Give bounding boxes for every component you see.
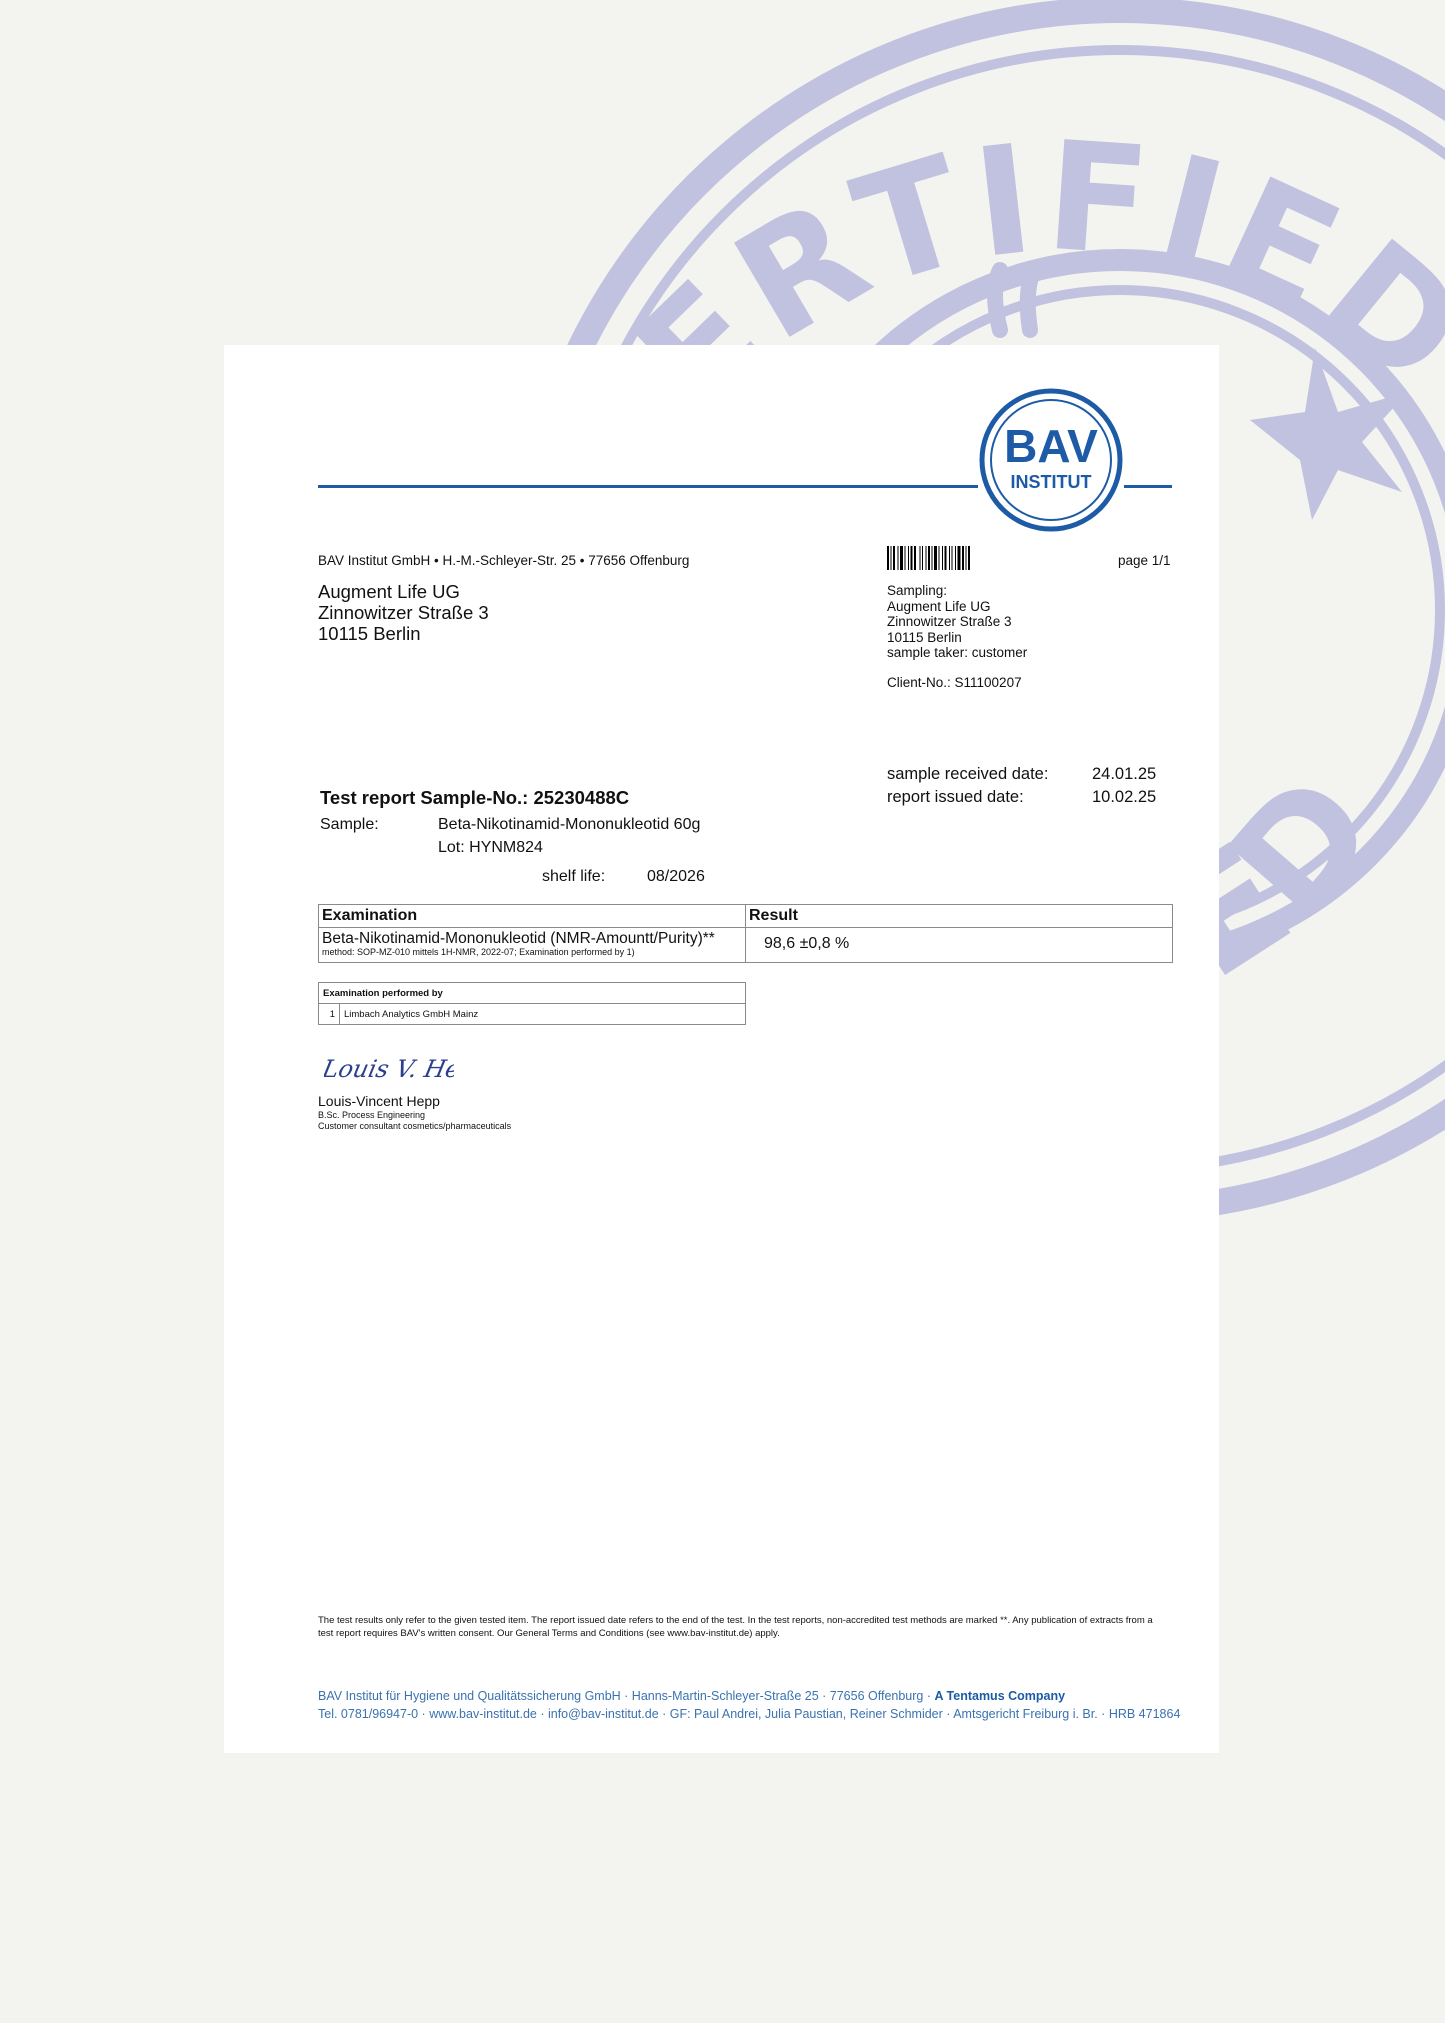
- shelf-life-value: 08/2026: [647, 868, 705, 885]
- sampling-name: Augment Life UG: [887, 599, 1027, 615]
- table-header-row: Examination performed by: [319, 983, 746, 1004]
- issued-date-label: report issued date:: [887, 786, 1092, 809]
- star-icon: [1250, 348, 1408, 520]
- sampling-info: Sampling: Augment Life UG Zinnowitzer St…: [887, 583, 1027, 661]
- header-rule-left: [318, 485, 978, 488]
- report-title: Test report Sample-No.: 25230488C: [320, 787, 629, 809]
- result-value: 98,6 ±0,8 %: [746, 928, 1173, 963]
- signer-details: B.Sc. Process Engineering Customer consu…: [318, 1110, 511, 1132]
- footer-line-1: BAV Institut für Hygiene und Qualitätssi…: [318, 1689, 935, 1703]
- sample-info: Sample:Beta-Nikotinamid-Mononukleotid 60…: [320, 813, 700, 859]
- svg-text:BAV: BAV: [1004, 420, 1098, 472]
- signer-role: Customer consultant cosmetics/pharmaceut…: [318, 1121, 511, 1132]
- shelf-life: shelf life:08/2026: [542, 868, 705, 886]
- bav-institut-logo: BAV INSTITUT: [978, 387, 1124, 533]
- disclaimer-text: The test results only refer to the given…: [318, 1615, 1168, 1640]
- test-report-page: BAV INSTITUT BAV Institut GmbH • H.-M.-S…: [224, 345, 1219, 1753]
- shelf-life-label: shelf life:: [542, 868, 647, 886]
- column-header-examination: Examination: [319, 905, 746, 928]
- signer-degree: B.Sc. Process Engineering: [318, 1110, 511, 1121]
- report-dates: sample received date:24.01.25 report iss…: [887, 763, 1155, 809]
- received-date-label: sample received date:: [887, 763, 1092, 786]
- lab-number: 1: [319, 1004, 340, 1025]
- performed-by-header: Examination performed by: [319, 983, 746, 1004]
- examination-cell: Beta-Nikotinamid-Mononukleotid (NMR-Amou…: [319, 928, 746, 963]
- recipient-city: 10115 Berlin: [318, 623, 489, 644]
- performed-by-table: Examination performed by 1 Limbach Analy…: [318, 982, 746, 1025]
- sampling-street: Zinnowitzer Straße 3: [887, 614, 1027, 630]
- footer-line-2: Tel. 0781/96947-0 · www.bav-institut.de …: [318, 1705, 1180, 1723]
- lab-name: Limbach Analytics GmbH Mainz: [340, 1004, 746, 1025]
- signature-image: Louis V. Hepp: [324, 1045, 454, 1087]
- svg-text:Louis V. Hepp: Louis V. Hepp: [324, 1054, 454, 1083]
- lot-number: Lot: HYNM824: [438, 839, 543, 856]
- column-header-result: Result: [746, 905, 1173, 928]
- examination-method: method: SOP-MZ-010 mittels 1H-NMR, 2022-…: [322, 947, 742, 958]
- sender-address-line: BAV Institut GmbH • H.-M.-Schleyer-Str. …: [318, 553, 689, 568]
- footer-tentamus: A Tentamus Company: [935, 1689, 1066, 1703]
- company-footer: BAV Institut für Hygiene und Qualitätssi…: [318, 1687, 1180, 1723]
- sample-taker: sample taker: customer: [887, 645, 1027, 661]
- recipient-address: Augment Life UG Zinnowitzer Straße 3 101…: [318, 581, 489, 644]
- sample-value: Beta-Nikotinamid-Mononukleotid 60g: [438, 816, 700, 833]
- table-header-row: Examination Result: [319, 905, 1173, 928]
- barcode-icon: [887, 546, 1019, 570]
- client-number: Client-No.: S11100207: [887, 675, 1022, 690]
- svg-text:INSTITUT: INSTITUT: [1011, 472, 1092, 492]
- received-date-value: 24.01.25: [1092, 763, 1155, 786]
- sample-label: Sample:: [320, 813, 438, 836]
- examination-table: Examination Result Beta-Nikotinamid-Mono…: [318, 904, 1173, 963]
- page-number: page 1/1: [1118, 553, 1171, 568]
- table-row: Beta-Nikotinamid-Mononukleotid (NMR-Amou…: [319, 928, 1173, 963]
- issued-date-value: 10.02.25: [1092, 786, 1155, 809]
- table-row: 1 Limbach Analytics GmbH Mainz: [319, 1004, 746, 1025]
- header-rule-right: [1124, 485, 1172, 488]
- recipient-name: Augment Life UG: [318, 581, 489, 602]
- sampling-label: Sampling:: [887, 583, 1027, 599]
- examination-name: Beta-Nikotinamid-Mononukleotid (NMR-Amou…: [322, 930, 715, 947]
- recipient-street: Zinnowitzer Straße 3: [318, 602, 489, 623]
- signer-name: Louis-Vincent Hepp: [318, 1093, 440, 1109]
- sampling-city: 10115 Berlin: [887, 630, 1027, 646]
